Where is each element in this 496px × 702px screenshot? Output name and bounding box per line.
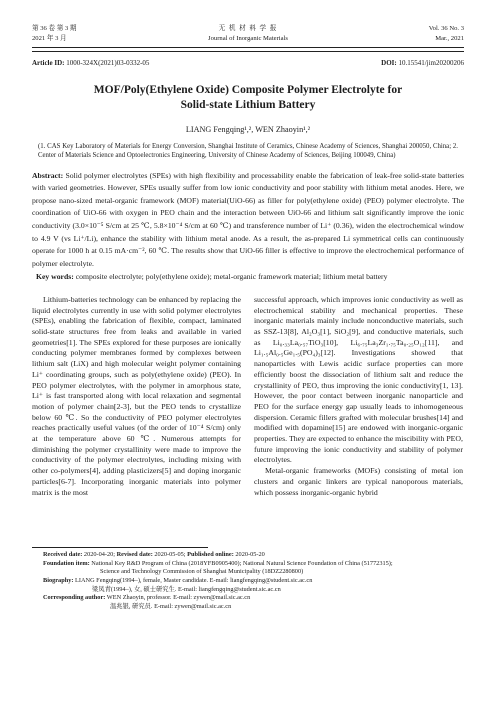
left-column: Lithium-batteries technology can be enha… (32, 295, 241, 541)
doi-value: 10.15541/jim20200206 (397, 59, 464, 67)
keywords-text: composite electrolyte; poly(ethylene oxi… (74, 272, 388, 281)
affiliation: (1. CAS Key Laboratory of Materials for … (32, 142, 464, 161)
journal-header: 第 36 卷 第 3 期 2021 年 3 月 无 机 材 料 学 报 Jour… (32, 24, 464, 43)
abstract: Abstract: Solid polymer electrolytes (SP… (32, 170, 464, 271)
abstract-text: Solid polymer electrolytes (SPEs) with h… (32, 171, 464, 268)
issue-number-cn: 第 36 卷 第 3 期 (32, 24, 152, 34)
article-id-value: 1000-324X(2021)03-0332-05 (64, 59, 149, 67)
doi: DOI: 10.15541/jim20200206 (381, 59, 464, 67)
article-id: Article ID: 1000-324X(2021)03-0332-05 (32, 59, 149, 67)
body-paragraph-1-continued: successful approach, which improves ioni… (254, 295, 463, 466)
keywords: Key words: composite electrolyte; poly(e… (32, 271, 464, 284)
received-date-label: Received date: (43, 551, 82, 558)
journal-title-en: Journal of Inorganic Materials (152, 34, 344, 44)
body-paragraph-2: Metal-organic frameworks (MOFs) consisti… (254, 466, 463, 498)
footnote-divider (32, 547, 208, 548)
paper-title-line2: Solid-state Lithium Battery (32, 98, 464, 113)
received-date-value: 2020-04-20; (82, 551, 116, 558)
keywords-label: Key words: (36, 272, 74, 281)
footnote-corresponding: Corresponding author: WEN Zhaoyin, profe… (32, 594, 464, 603)
footnotes: Received date: 2020-04-20; Revised date:… (32, 551, 464, 612)
journal-issue-cn: 第 36 卷 第 3 期 2021 年 3 月 (32, 24, 152, 43)
right-column: successful approach, which improves ioni… (254, 295, 463, 541)
abstract-label: Abstract: (32, 171, 63, 180)
issue-date-en: Mar., 2021 (344, 34, 464, 44)
published-online-value: 2020-05-20 (234, 551, 265, 558)
corresponding-author-value: WEN Zhaoyin, professor. E-mail: zywen@ma… (105, 594, 250, 601)
corresponding-author-label: Corresponding author: (43, 594, 105, 601)
doi-label: DOI: (381, 59, 397, 67)
issue-date-cn: 2021 年 3 月 (32, 34, 152, 44)
body-columns: Lithium-batteries technology can be enha… (32, 295, 464, 541)
footnote-corresponding-cn: 温兆银, 研究员. E-mail: zywen@mail.sic.ac.cn (32, 603, 464, 612)
journal-title-cn: 无 机 材 料 学 报 (152, 24, 344, 34)
footnote-dates: Received date: 2020-04-20; Revised date:… (32, 551, 464, 560)
paper-page: 第 36 卷 第 3 期 2021 年 3 月 无 机 材 料 学 报 Jour… (0, 0, 496, 702)
biography-value: LIANG Fengqing(1994–), female, Master ca… (73, 577, 312, 584)
paper-title: MOF/Poly(Ethylene Oxide) Composite Polym… (32, 83, 464, 113)
header-divider (32, 47, 464, 52)
meta-row: Article ID: 1000-324X(2021)03-0332-05 DO… (32, 59, 464, 67)
volume-number-en: Vol. 36 No. 3 (344, 24, 464, 34)
biography-label: Biography: (43, 577, 73, 584)
revised-date-label: Revised date: (117, 551, 153, 558)
revised-date-value: 2020-05-05; (153, 551, 187, 558)
body-paragraph-1: Lithium-batteries technology can be enha… (32, 295, 241, 498)
footnote-foundation-continued: Science and Technology Commission of Sha… (32, 568, 464, 577)
paper-title-line1: MOF/Poly(Ethylene Oxide) Composite Polym… (32, 83, 464, 98)
article-id-label: Article ID: (32, 59, 64, 67)
journal-volume-en: Vol. 36 No. 3 Mar., 2021 (344, 24, 464, 43)
foundation-item-value: National Key R&D Program of China (2018Y… (90, 560, 393, 567)
foundation-item-label: Foundation item: (43, 560, 90, 567)
published-online-label: Published online: (187, 551, 234, 558)
footnote-biography-cn: 梁凤青(1994–), 女, 硕士研究生. E-mail: liangfengq… (32, 586, 464, 595)
footnote-biography: Biography: LIANG Fengqing(1994–), female… (32, 577, 464, 586)
authors-line: LIANG Fengqing¹,², WEN Zhaoyin¹,² (32, 125, 464, 134)
journal-title-block: 无 机 材 料 学 报 Journal of Inorganic Materia… (152, 24, 344, 43)
footnote-foundation: Foundation item: National Key R&D Progra… (32, 560, 464, 569)
